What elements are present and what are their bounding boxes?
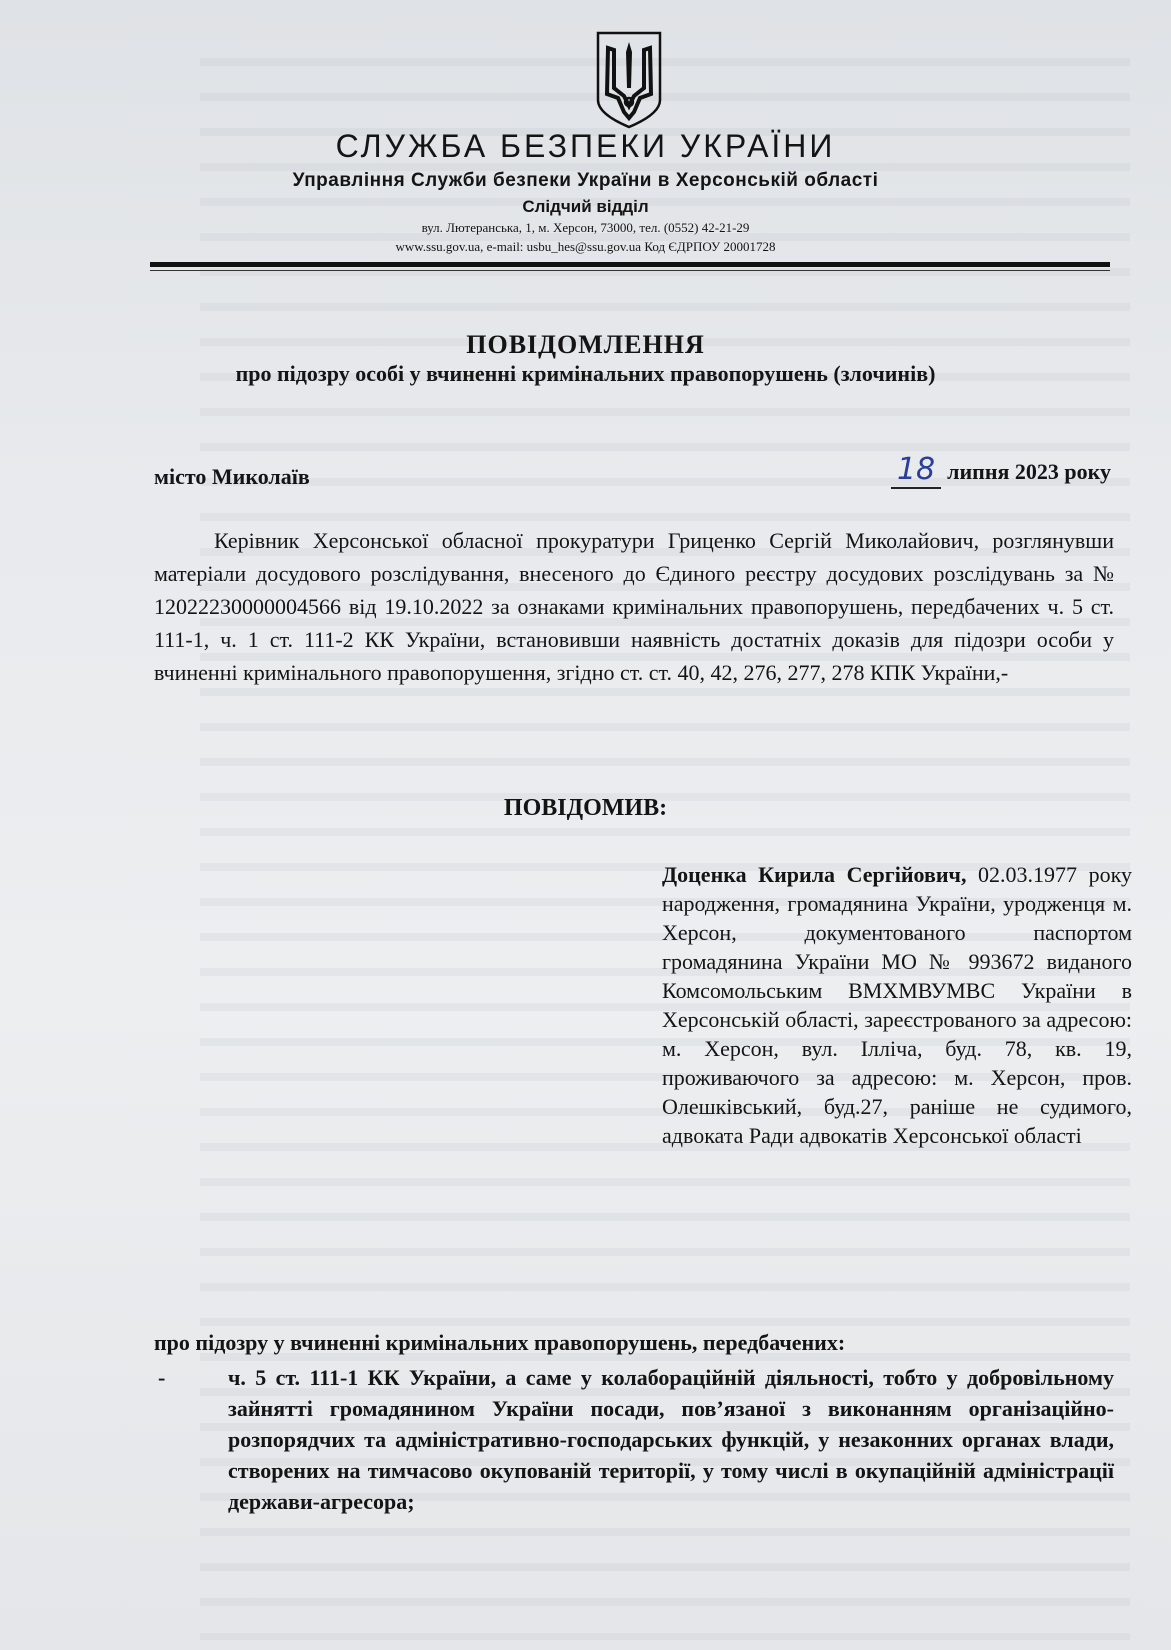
date-month-year: липня 2023 року: [947, 459, 1111, 484]
document-date: 18липня 2023 року: [891, 452, 1111, 489]
letterhead-divider: [150, 262, 1110, 267]
handwritten-day: 18: [891, 452, 941, 489]
charge-bullet: -: [158, 1362, 165, 1393]
department-name: Управління Служби безпеки України в Херс…: [0, 170, 1171, 192]
city: місто Миколаїв: [154, 464, 310, 490]
suspect-block: Доценка Кирила Сергійович, 02.03.1977 ро…: [662, 860, 1132, 1150]
suspect-name: Доценка Кирила Сергійович,: [662, 862, 966, 887]
org-name: СЛУЖБА БЕЗПЕКИ УКРАЇНИ: [0, 128, 1171, 165]
charge-item: - ч. 5 ст. 111-1 КК України, а саме у ко…: [154, 1362, 1114, 1517]
charges-intro: про підозру у вчиненні кримінальних прав…: [154, 1330, 845, 1356]
trident-coat-of-arms-icon: [594, 30, 664, 130]
suspect-details: 02.03.1977 року народження, громадянина …: [662, 862, 1132, 1148]
address-line: вул. Лютеранська, 1, м. Херсон, 73000, т…: [0, 220, 1171, 236]
unit-name: Слідчий відділ: [0, 197, 1171, 217]
letterhead-divider-thin: [150, 270, 1110, 271]
contact-line: www.ssu.gov.ua, e-mail: usbu_hes@ssu.gov…: [0, 239, 1171, 255]
document-subtitle: про підозру особі у вчиненні кримінальни…: [0, 361, 1171, 387]
document-title: ПОВІДОМЛЕННЯ: [0, 330, 1171, 360]
charge-text: ч. 5 ст. 111-1 КК України, а саме у кола…: [228, 1362, 1114, 1517]
document-page: СЛУЖБА БЕЗПЕКИ УКРАЇНИ Управління Служби…: [0, 0, 1171, 1650]
informed-heading: ПОВІДОМИВ:: [0, 795, 1171, 822]
intro-paragraph: Керівник Херсонської обласної прокуратур…: [154, 524, 1114, 689]
